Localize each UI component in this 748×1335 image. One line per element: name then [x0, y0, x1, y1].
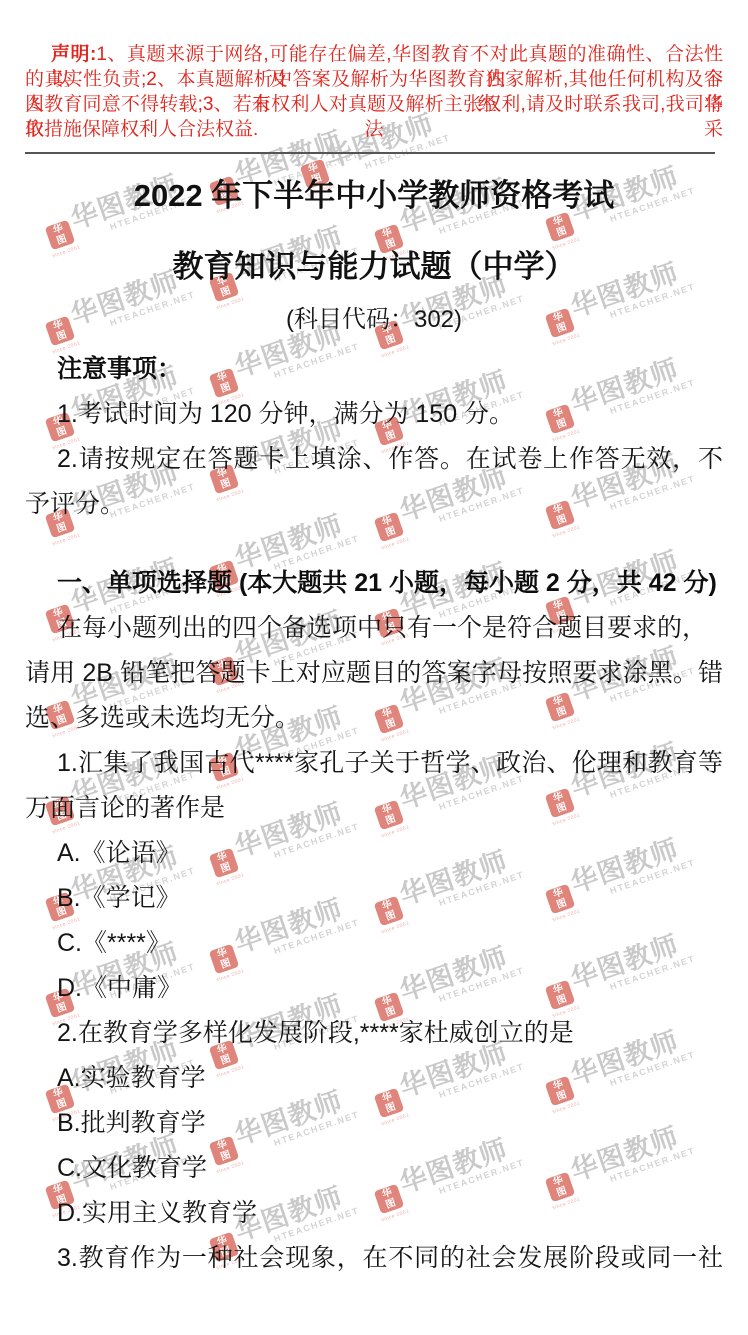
- question-1-option-c: C.《****》: [57, 923, 171, 959]
- notice-item-1: 1.考试时间为 120 分钟，满分为 150 分。: [57, 394, 514, 430]
- question-2-option-b: B.批判教育学: [57, 1103, 206, 1139]
- divider-rule: [25, 152, 715, 154]
- section-1-heading: 一、单项选择题 (本大题共 21 小题，每小题 2 分，共 42 分): [57, 563, 717, 599]
- section-1-intro-line-3: 选、多选或未选均无分。: [25, 698, 300, 734]
- notice-item-2-line-1: 2.请按规定在答题卡上填涂、作答。在试卷上作答无效，不: [57, 439, 723, 475]
- question-1-option-d: D.《中庸》: [57, 968, 182, 1004]
- notice-heading: 注意事项：: [57, 349, 182, 385]
- section-1-intro-line-1: 在每小题列出的四个备选项中只有一个是符合题目要求的，: [57, 608, 707, 644]
- exam-title: 2022 年下半年中小学教师资格考试: [0, 170, 748, 215]
- question-3-stem-line-1: 3.教育作为一种社会现象，在不同的社会发展阶段或同一社: [57, 1238, 723, 1274]
- page-content: 声明:1、真题来源于网络,可能存在偏差,华图教育不对此真题的准确性、合法性以及内…: [0, 0, 748, 1335]
- question-2-option-a: A.实验教育学: [57, 1058, 206, 1094]
- question-1-stem-line-2: 万面言论的著作是: [25, 788, 225, 824]
- question-2-option-d: D.实用主义教育学: [57, 1193, 257, 1229]
- question-1-option-b: B.《学记》: [57, 878, 181, 914]
- disclaimer-label: 声明:: [51, 44, 96, 65]
- notice-item-2-line-2: 予评分。: [25, 484, 125, 520]
- exam-subtitle: 教育知识与能力试题（中学）: [0, 241, 748, 286]
- section-1-intro-line-2: 请用 2B 铅笔把答题卡上对应题目的答案字母按照要求涂黑。错: [25, 653, 723, 689]
- exam-paper-page: 华图since 2001华图教师HTEACHER.NET华图since 2001…: [0, 0, 748, 1335]
- question-2-option-c: C.文化教育学: [57, 1148, 207, 1184]
- question-1-stem-line-1: 1.汇集了我国古代****家孔子关于哲学、政治、伦理和教育等: [57, 743, 723, 779]
- disclaimer-line-4: 取措施保障权利人合法权益.: [25, 117, 723, 142]
- question-2-stem: 2.在教育学多样化发展阶段,****家杜威创立的是: [57, 1013, 574, 1049]
- question-1-option-a: A.《论语》: [57, 833, 181, 869]
- subject-code: (科目代码：302): [0, 299, 748, 334]
